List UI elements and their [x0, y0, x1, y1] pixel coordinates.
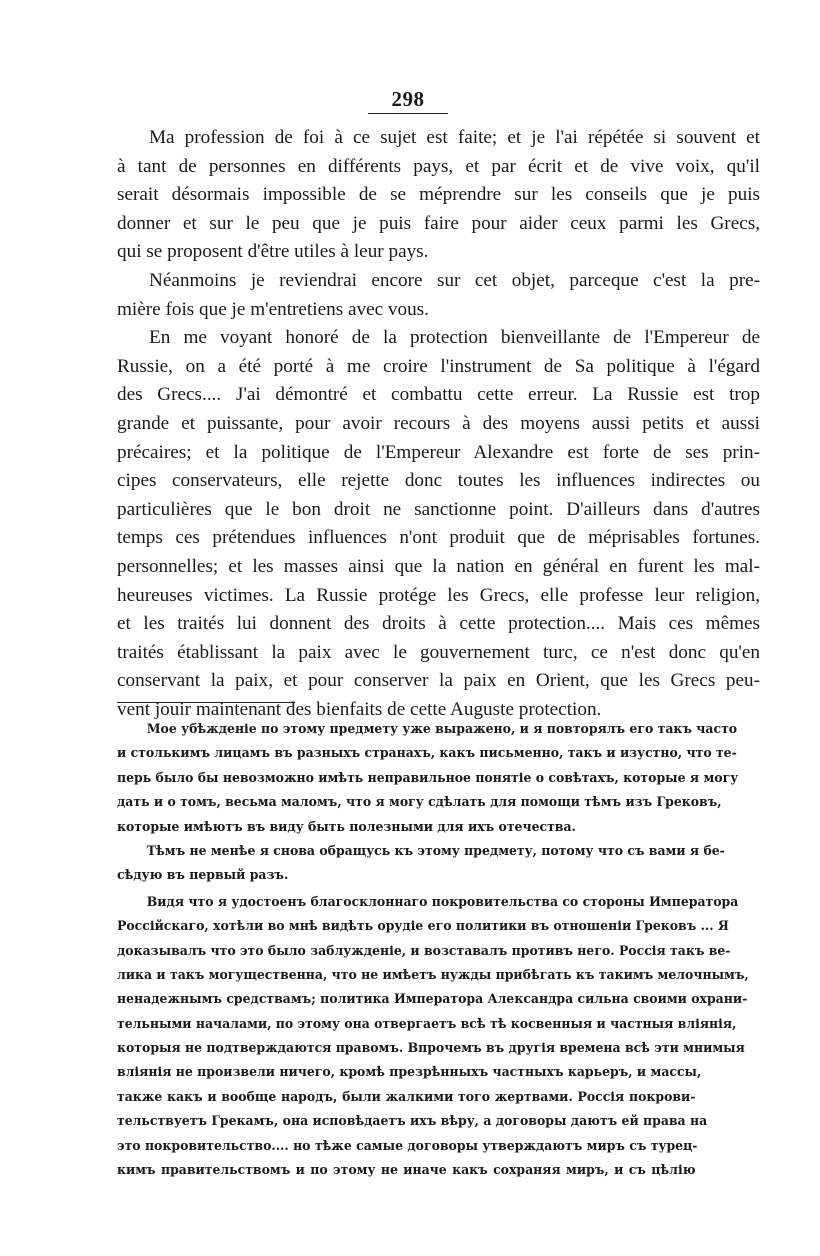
text-line: En me voyant honoré de la protection bie…	[117, 324, 760, 353]
footnote-line: доказывалъ что это было заблужденіе, и в…	[117, 939, 695, 963]
page-number-underline	[368, 113, 448, 114]
text-line: heureuses victimes. La Russie protége le…	[117, 582, 760, 611]
footnote-line: сѣдую въ первый разъ.	[117, 863, 695, 887]
paragraph-1: Ma profession de foi à ce sujet est fait…	[117, 124, 760, 267]
text-line: des Grecs.... J'ai démontré et combattu …	[117, 381, 760, 410]
footnote-paragraph-2: Тѣмъ не менѣе я снова обращусь къ этому …	[117, 839, 695, 888]
text-line: qui se proposent d'être utiles à leur pa…	[117, 238, 760, 267]
text-line: temps ces prétendues influences n'ont pr…	[117, 524, 760, 553]
text-line: Russie, on a été porté à me croire l'ins…	[117, 353, 760, 382]
footnote-line: тельствуетъ Грекамъ, она исповѣдаетъ ихъ…	[117, 1109, 695, 1133]
footnote-line: и столькимъ лицамъ въ разныхъ странахъ, …	[117, 741, 695, 765]
footnote-russian-translation: Мое убѣжденіе по этому предмету уже выра…	[117, 717, 695, 1182]
footnote-line: лика и такъ могущественна, что не имѣетъ…	[117, 963, 695, 987]
text-line: à tant de personnes en différents pays, …	[117, 153, 760, 182]
footnote-line: Видя что я удостоенъ благосклоннаго покр…	[117, 890, 695, 914]
footnote-line: ненадежнымъ средствамъ; политика Императ…	[117, 987, 695, 1011]
paragraph-3: En me voyant honoré de la protection bie…	[117, 324, 760, 724]
document-page: 298 Ma profession de foi à ce sujet est …	[0, 0, 820, 1256]
paragraph-2: Néanmoins je reviendrai encore sur cet o…	[117, 267, 760, 324]
text-line: Néanmoins je reviendrai encore sur cet o…	[117, 267, 760, 296]
text-line: donner et sur le peu que je puis faire p…	[117, 210, 760, 239]
footnote-paragraph-3: Видя что я удостоенъ благосклоннаго покр…	[117, 890, 695, 1183]
text-line: cipes conservateurs, elle rejette donc t…	[117, 467, 760, 496]
text-line: serait désormais impossible de se mépren…	[117, 181, 760, 210]
footnote-line: кимъ правительствомъ и по этому не иначе…	[117, 1158, 695, 1182]
footnote-line: которые имѣютъ въ виду быть полезными дл…	[117, 815, 695, 839]
page-number: 298	[353, 87, 463, 111]
footnote-line: Тѣмъ не менѣе я снова обращусь къ этому …	[117, 839, 695, 863]
footnote-line: Россійскаго, хотѣли во мнѣ видѣть орудіе…	[117, 914, 695, 938]
page-header: 298	[353, 87, 463, 114]
text-line: traités établissant la paix avec le gouv…	[117, 639, 760, 668]
footnote-line: дать и о томъ, весьма маломъ, что я могу…	[117, 790, 695, 814]
footnote-line: также какъ и вообще народъ, были жалкими…	[117, 1085, 695, 1109]
text-line: grande et puissante, pour avoir recours …	[117, 410, 760, 439]
text-line: personnelles; et les masses ainsi que la…	[117, 553, 760, 582]
text-line: Ma profession de foi à ce sujet est fait…	[117, 124, 760, 153]
footnote-line: которыя не подтверждаются правомъ. Впроч…	[117, 1036, 695, 1060]
footnote-line: перь было бы невозможно имѣть неправильн…	[117, 766, 695, 790]
footnote-line: тельными началами, по этому она отвергае…	[117, 1012, 695, 1036]
footnote-paragraph-1: Мое убѣжденіе по этому предмету уже выра…	[117, 717, 695, 839]
main-text-french: Ma profession de foi à ce sujet est fait…	[117, 124, 760, 724]
text-line: mière fois que je m'entretiens avec vous…	[117, 296, 760, 325]
text-line: particulières que le bon droit ne sancti…	[117, 496, 760, 525]
text-line: précaires; et la politique de l'Empereur…	[117, 439, 760, 468]
footnote-line: вліянія не произвели ничего, кромѣ презр…	[117, 1060, 695, 1084]
text-line: conservant la paix, et pour conserver la…	[117, 667, 760, 696]
text-line: et les traités lui donnent des droits à …	[117, 610, 760, 639]
footnote-separator	[117, 702, 295, 703]
footnote-line: Мое убѣжденіе по этому предмету уже выра…	[117, 717, 695, 741]
footnote-line: это покровительство.... но тѣже самые до…	[117, 1134, 695, 1158]
